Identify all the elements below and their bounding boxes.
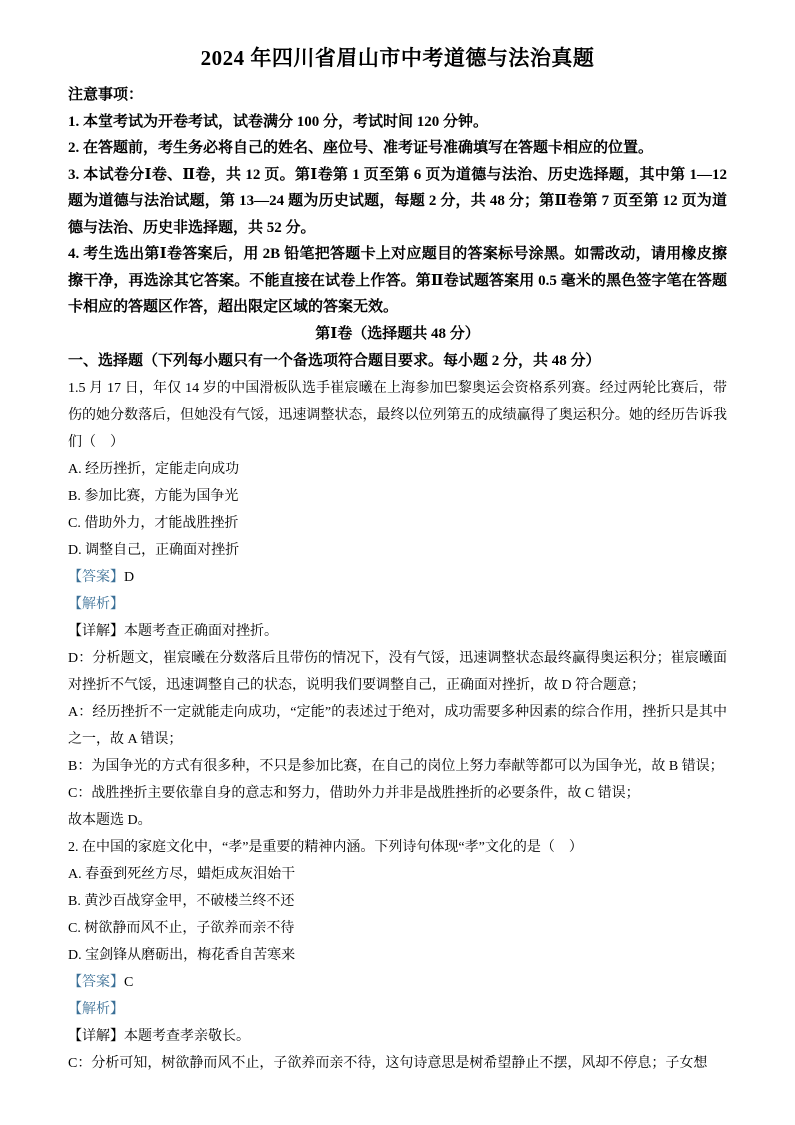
answer-label: 【答案】 [68,570,124,585]
question-2-analysis-line: 【解析】 [68,996,727,1023]
question-1-analysis-line: 【解析】 [68,591,727,618]
notice-item-4: 4. 考生选出第Ⅰ卷答案后，用 2B 铅笔把答题卡上对应题目的答案标号涂黑。如需… [68,241,727,321]
analysis-label: 【解析】 [68,1002,124,1017]
question-1-option-b: B. 参加比赛，方能为国争光 [68,483,727,510]
notice-item-2: 2. 在答题前，考生务必将自己的姓名、座位号、准考证号准确填写在答题卡相应的位置… [68,135,727,162]
detail-text: 本题考查孝亲敬长。 [124,1029,250,1044]
question-1-option-d: D. 调整自己，正确面对挫折 [68,537,727,564]
notice-heading: 注意事项： [68,82,727,109]
question-1-explanation-c: C：战胜挫折主要依靠自身的意志和努力，借助外力并非是战胜挫折的必要条件，故 C … [68,780,727,807]
detail-label: 【详解】 [68,1029,124,1044]
question-2-explanation-c: C：分析可知，树欲静而风不止，子欲养而亲不待，这句诗意思是树希望静止不摆，风却不… [68,1050,727,1077]
analysis-label: 【解析】 [68,597,124,612]
question-2-detail-line: 【详解】本题考查孝亲敬长。 [68,1023,727,1050]
question-1-stem: 1.5 月 17 日，年仅 14 岁的中国滑板队选手崔宸曦在上海参加巴黎奥运会资… [68,375,727,456]
question-2-stem: 2. 在中国的家庭文化中，“孝”是重要的精神内涵。下列诗句体现“孝”文化的是（ … [68,834,727,861]
question-2-option-b: B. 黄沙百战穿金甲，不破楼兰终不还 [68,888,727,915]
question-1-detail-line: 【详解】本题考查正确面对挫折。 [68,618,727,645]
question-2-answer-line: 【答案】C [68,969,727,996]
page-title: 2024 年四川省眉山市中考道德与法治真题 [68,42,727,74]
question-1-option-a: A. 经历挫折，定能走向成功 [68,456,727,483]
question-1-block: 1.5 月 17 日，年仅 14 岁的中国滑板队选手崔宸曦在上海参加巴黎奥运会资… [68,375,727,834]
answer-label: 【答案】 [68,975,124,990]
answer-value: C [124,975,133,990]
detail-text: 本题考查正确面对挫折。 [124,624,278,639]
notice-section: 注意事项： 1. 本堂考试为开卷考试，试卷满分 100 分，考试时间 120 分… [68,82,727,321]
notice-item-3: 3. 本试卷分Ⅰ卷、Ⅱ卷，共 12 页。第Ⅰ卷第 1 页至第 6 页为道德与法治… [68,162,727,242]
question-1-option-c: C. 借助外力，才能战胜挫折 [68,510,727,537]
question-2-option-d: D. 宝剑锋从磨砺出，梅花香自苦寒来 [68,942,727,969]
answer-value: D [124,570,134,585]
question-2-option-c: C. 树欲静而风不止，子欲养而亲不待 [68,915,727,942]
question-1-explanation-d: D：分析题文，崔宸曦在分数落后且带伤的情况下，没有气馁，迅速调整状态最终赢得奥运… [68,645,727,699]
detail-label: 【详解】 [68,624,124,639]
subsection-heading: 一、选择题（下列每小题只有一个备选项符合题目要求。每小题 2 分，共 48 分） [68,348,727,375]
question-2-option-a: A. 春蚕到死丝方尽，蜡炬成灰泪始干 [68,861,727,888]
question-1-explanation-a: A：经历挫折不一定就能走向成功，“定能”的表述过于绝对，成功需要多种因素的综合作… [68,699,727,753]
exam-document-page: 2024 年四川省眉山市中考道德与法治真题 注意事项： 1. 本堂考试为开卷考试… [0,0,795,1125]
notice-item-1: 1. 本堂考试为开卷考试，试卷满分 100 分，考试时间 120 分钟。 [68,109,727,136]
question-1-conclusion: 故本题选 D。 [68,807,727,834]
question-2-block: 2. 在中国的家庭文化中，“孝”是重要的精神内涵。下列诗句体现“孝”文化的是（ … [68,834,727,1077]
question-1-answer-line: 【答案】D [68,564,727,591]
question-1-explanation-b: B：为国争光的方式有很多种，不只是参加比赛，在自己的岗位上努力奉献等都可以为国争… [68,753,727,780]
section-heading: 第Ⅰ卷（选择题共 48 分） [68,321,727,348]
